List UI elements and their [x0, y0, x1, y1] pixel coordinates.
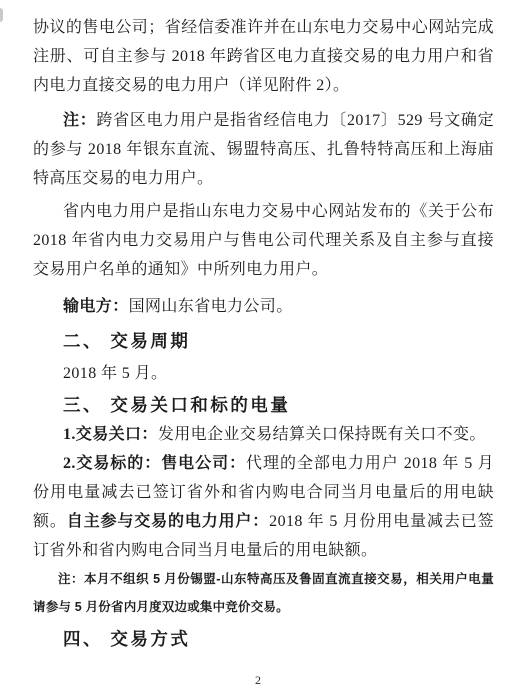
scan-smudge	[0, 8, 3, 22]
paragraph-continuation: 协议的售电公司；省经信委准许并在山东电力交易中心网站完成注册、可自主参与 201…	[33, 13, 494, 100]
paragraph-transmitter: 输电方：国网山东省电力公司。	[33, 292, 494, 321]
text-run-bold: 注：本月不组织 5 月份锡盟-山东特高压及鲁固直流直接交易，相关用户电量请参与 …	[33, 572, 494, 614]
document-page: 协议的售电公司；省经信委准许并在山东电力交易中心网站完成注册、可自主参与 201…	[0, 0, 528, 692]
text-run: 省内电力用户是指山东电力交易中心网站发布的《关于公布 2018 年省内电力交易用…	[33, 203, 494, 278]
text-run: 发用电企业交易结算关口保持既有关口不变。	[158, 426, 486, 443]
text-run-bold: 自主参与交易的电力用户：	[67, 513, 269, 530]
section-heading-3: 三、 交易关口和标的电量	[33, 391, 494, 420]
paragraph-province-users: 省内电力用户是指山东电力交易中心网站发布的《关于公布 2018 年省内电力交易用…	[33, 197, 494, 284]
paragraph-trade-gateway: 1.交易关口：发用电企业交易结算关口保持既有关口不变。	[33, 420, 494, 449]
text-run-bold: 四、 交易方式	[63, 629, 190, 649]
section-heading-4: 四、 交易方式	[33, 625, 494, 654]
text-run-bold: 2.交易标的：售电公司：	[63, 455, 246, 472]
text-run-bold: 二、 交易周期	[63, 331, 190, 351]
section-heading-2: 二、 交易周期	[33, 327, 494, 356]
text-run: 2018 年 5 月。	[63, 365, 167, 382]
document-content: 协议的售电公司；省经信委准许并在山东电力交易中心网站完成注册、可自主参与 201…	[33, 13, 494, 654]
paragraph-small-note: 注：本月不组织 5 月份锡盟-山东特高压及鲁固直流直接交易，相关用户电量请参与 …	[33, 565, 494, 621]
paragraph-note-cross-province: 注：跨省区电力用户是指省经信电力〔2017〕529 号文确定的参与 2018 年…	[33, 106, 494, 193]
text-run-bold: 输电方：	[63, 298, 129, 315]
paragraph-trade-period: 2018 年 5 月。	[33, 359, 494, 388]
text-run-bold: 1.交易关口：	[63, 426, 158, 443]
text-run: 协议的售电公司；省经信委准许并在山东电力交易中心网站完成注册、可自主参与 201…	[33, 19, 494, 94]
text-run: 跨省区电力用户是指省经信电力〔2017〕529 号文确定的参与 2018 年银东…	[33, 112, 494, 187]
paragraph-trade-target: 2.交易标的：售电公司：代理的全部电力用户 2018 年 5 月份用电量减去已签…	[33, 449, 494, 565]
text-run: 国网山东省电力公司。	[129, 298, 293, 315]
text-run-bold: 三、 交易关口和标的电量	[63, 395, 290, 415]
text-run-bold: 注：	[63, 112, 96, 129]
page-number: 2	[0, 673, 516, 688]
